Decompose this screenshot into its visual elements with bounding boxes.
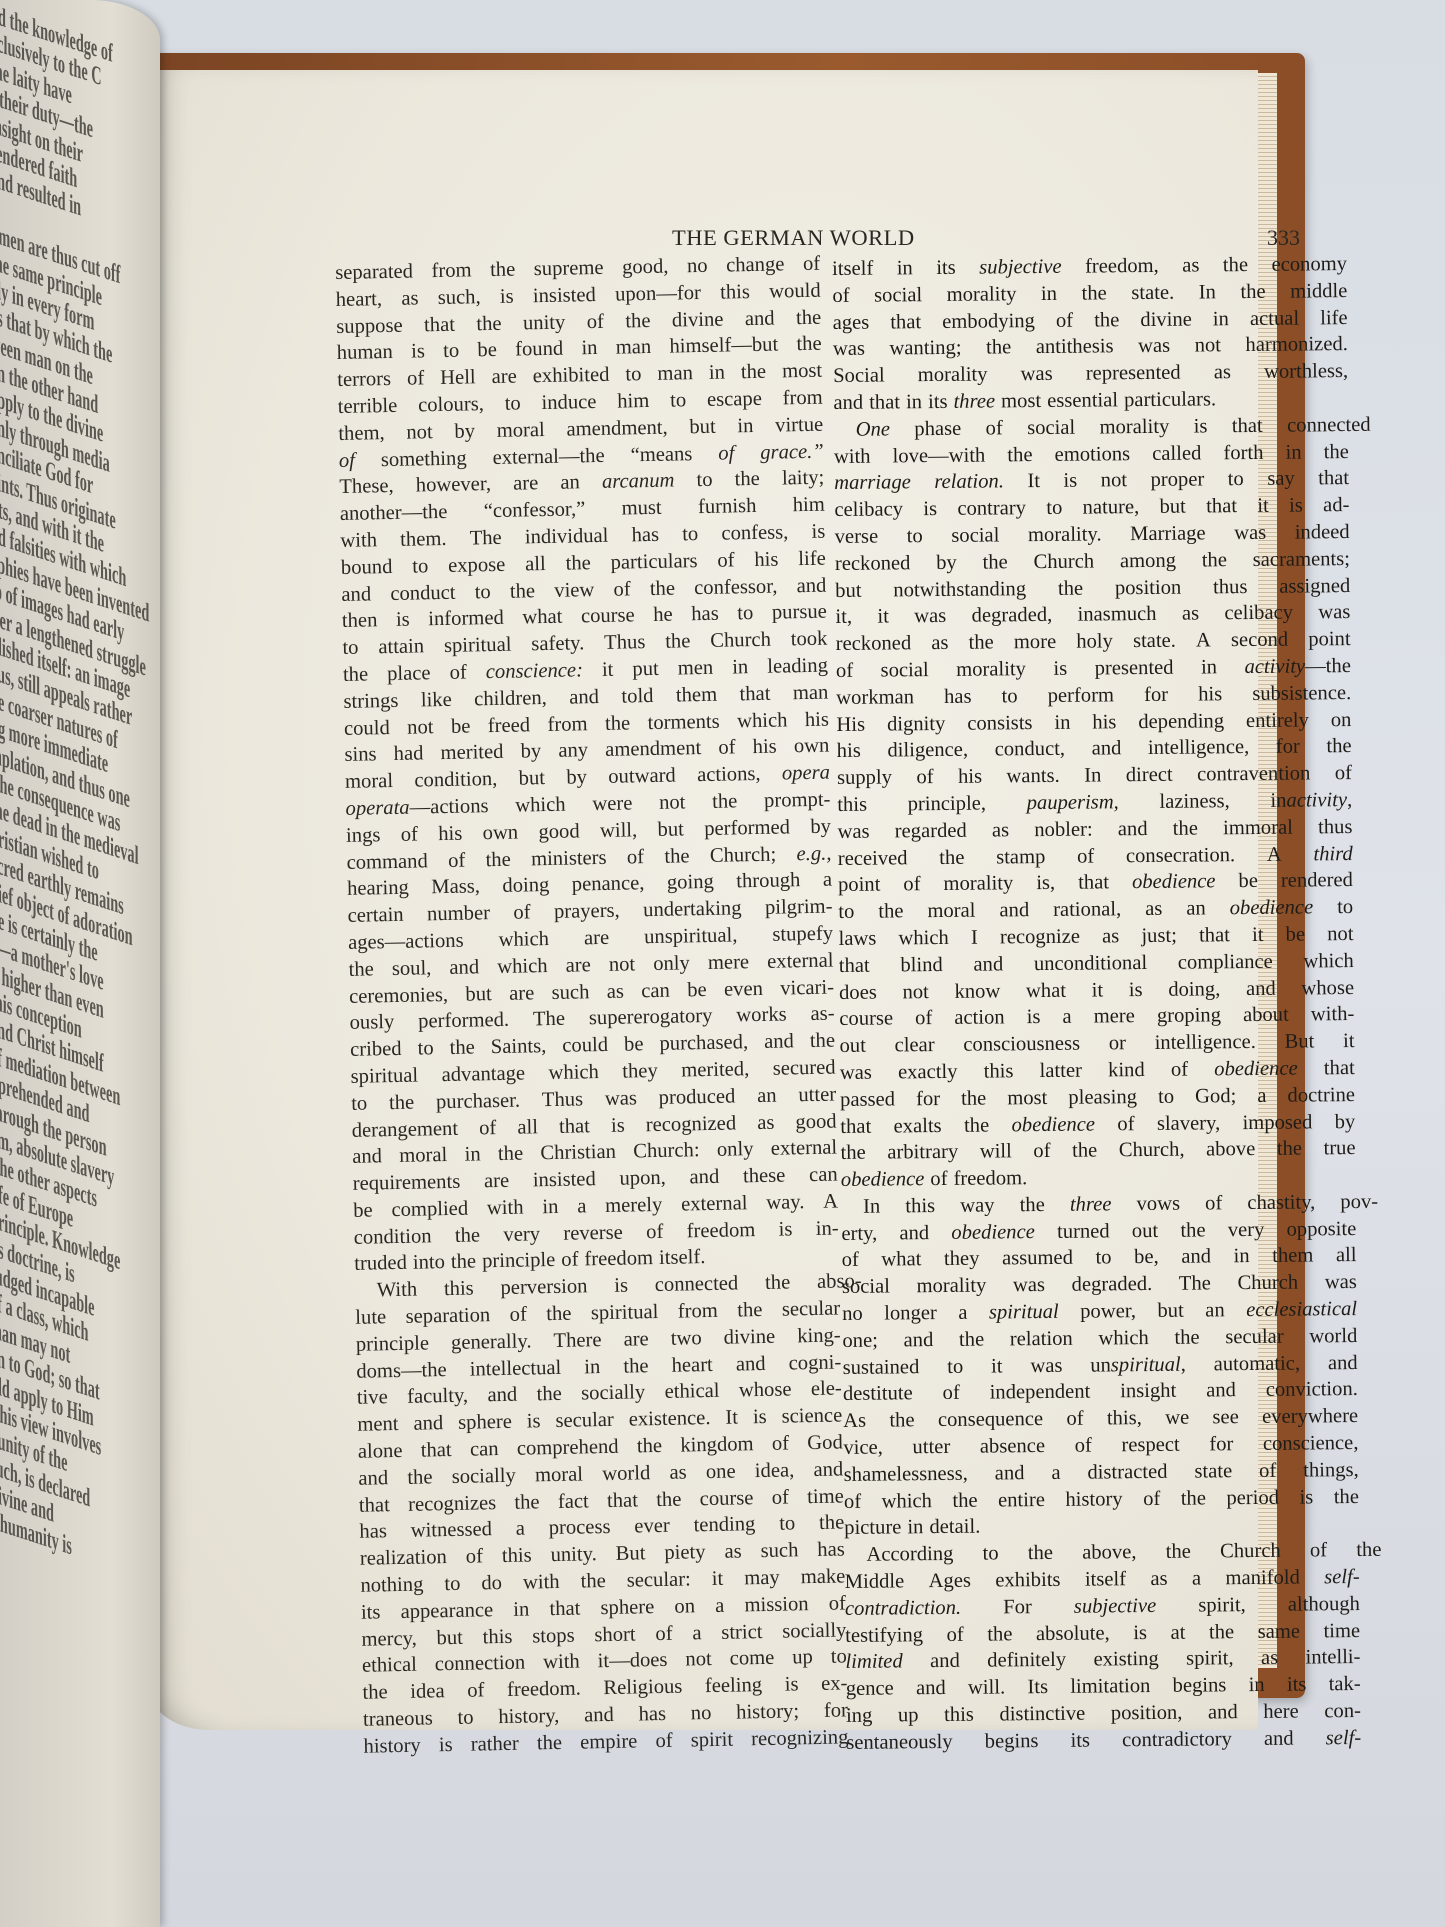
left-text-column: separatedfromthesupremegood,nochangeofhe… [335,251,849,1761]
facing-page-text: nd the knowledge ofxclusively to the Cth… [0,0,117,1575]
page-number: 333 [1267,225,1300,251]
text-line: testifyingoftheabsolute,isatthesametime [845,1618,1360,1650]
text-line: vice,utterabsenceofrespectforconscience, [843,1430,1358,1462]
text-line: Hisdignityconsistsinhisdependingentirely… [836,707,1351,739]
text-line: tothemoralandrational,asanobedienceto [838,894,1353,926]
page-header: THE GERMAN WORLD 333 [150,225,1258,255]
text-line: sentaneouslybeginsitscontradictoryandsel… [846,1725,1361,1757]
running-title: THE GERMAN WORLD [672,225,915,251]
right-text-column: itselfinitssubjectivefreedom,astheeconom… [832,251,1361,1756]
right-page: THE GERMAN WORLD 333 separatedfromthesup… [150,70,1258,1730]
text-line: wasexactlythislatterkindofobediencethat [840,1055,1355,1087]
text-line: thearbitrarywilloftheChurch,abovethetrue [840,1135,1355,1167]
text-line: marriagerelation.Itisnotpropertosaythat [834,465,1349,497]
text-line: MiddleAgesexhibitsitselfasamanifoldself- [845,1564,1360,1596]
text-line: receivedthestampofconsecration.Athird [838,841,1353,873]
text-line: reckonedbytheChurchamongthesacraments; [835,546,1350,578]
text-line: Socialmoralitywasrepresentedasworthless, [833,358,1348,390]
facing-page-curled: nd the knowledge ofxclusively to the Cth… [0,0,160,1927]
text-line: courseofactionisameregropingaboutwith- [839,1001,1354,1033]
